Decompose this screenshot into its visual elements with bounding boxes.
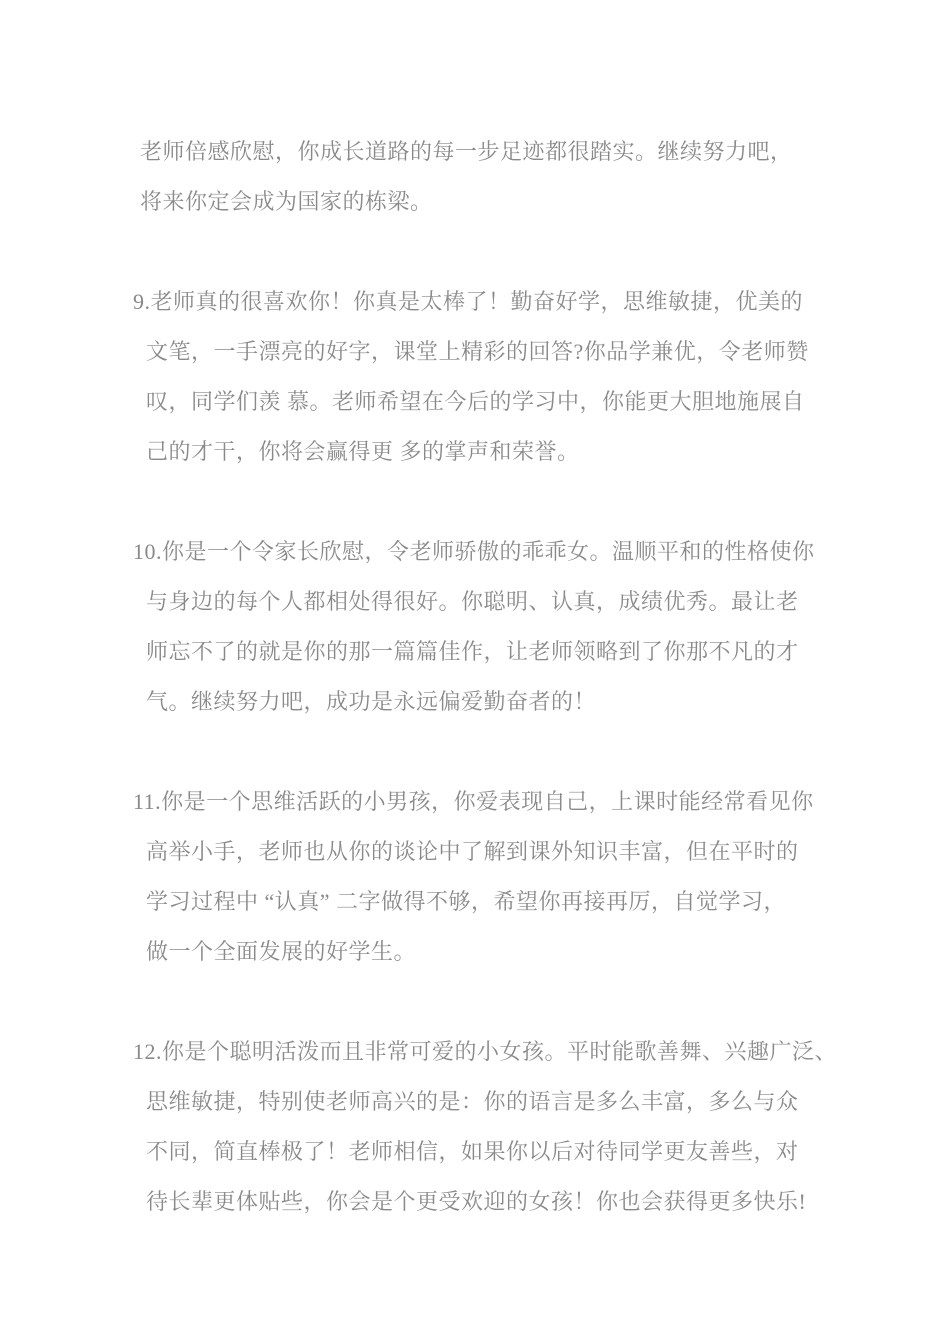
text-line: 学习过程中 “认真” 二字做得不够，希望你再接再厉，自觉学习，: [133, 877, 910, 927]
text-line: 己的才干，你将会赢得更 多的掌声和荣誉。: [133, 427, 910, 477]
text-line: 9.老师真的很喜欢你！你真是太棒了！勤奋好学，思维敏捷，优美的: [133, 277, 910, 327]
text-line: 老师倍感欣慰，你成长道路的每一步足迹都很踏实。继续努力吧，: [133, 127, 910, 177]
text-line: 思维敏捷，特别使老师高兴的是：你的语言是多么丰富，多么与众: [133, 1077, 910, 1127]
text-line: 与身边的每个人都相处得很好。你聪明、认真，成绩优秀。最让老: [133, 577, 910, 627]
text-line: 叹，同学们羡 慕。老师希望在今后的学习中，你能更大胆地施展自: [133, 377, 910, 427]
text-line: 气。继续努力吧，成功是永远偏爱勤奋者的！: [133, 677, 910, 727]
text-line: 师忘不了的就是你的那一篇篇佳作，让老师领略到了你那不凡的才: [133, 627, 910, 677]
text-line: 12.你是个聪明活泼而且非常可爱的小女孩。平时能歌善舞、兴趣广泛、: [133, 1027, 910, 1077]
paragraph-item-9: 9.老师真的很喜欢你！你真是太棒了！勤奋好学，思维敏捷，优美的 文笔，一手漂亮的…: [133, 277, 910, 477]
document-body: 老师倍感欣慰，你成长道路的每一步足迹都很踏实。继续努力吧， 将来你定会成为国家的…: [0, 0, 950, 1227]
text-line: 高举小手，老师也从你的谈论中了解到课外知识丰富，但在平时的: [133, 827, 910, 877]
text-line: 11.你是一个思维活跃的小男孩，你爱表现自己，上课时能经常看见你: [133, 777, 910, 827]
paragraph-carry-over: 老师倍感欣慰，你成长道路的每一步足迹都很踏实。继续努力吧， 将来你定会成为国家的…: [133, 127, 910, 227]
paragraph-item-12: 12.你是个聪明活泼而且非常可爱的小女孩。平时能歌善舞、兴趣广泛、 思维敏捷，特…: [133, 1027, 910, 1227]
document-page: 老师倍感欣慰，你成长道路的每一步足迹都很踏实。继续努力吧， 将来你定会成为国家的…: [0, 0, 950, 1344]
paragraph-item-11: 11.你是一个思维活跃的小男孩，你爱表现自己，上课时能经常看见你 高举小手，老师…: [133, 777, 910, 977]
text-line: 不同，简直棒极了！老师相信，如果你以后对待同学更友善些，对: [133, 1127, 910, 1177]
text-line: 将来你定会成为国家的栋梁。: [133, 177, 910, 227]
paragraph-item-10: 10.你是一个令家长欣慰，令老师骄傲的乖乖女。温顺平和的性格使你 与身边的每个人…: [133, 527, 910, 727]
text-line: 待长辈更体贴些，你会是个更受欢迎的女孩！你也会获得更多快乐!: [133, 1177, 910, 1227]
text-line: 文笔，一手漂亮的好字，课堂上精彩的回答?你品学兼优，令老师赞: [133, 327, 910, 377]
text-line: 10.你是一个令家长欣慰，令老师骄傲的乖乖女。温顺平和的性格使你: [133, 527, 910, 577]
text-line: 做一个全面发展的好学生。: [133, 927, 910, 977]
